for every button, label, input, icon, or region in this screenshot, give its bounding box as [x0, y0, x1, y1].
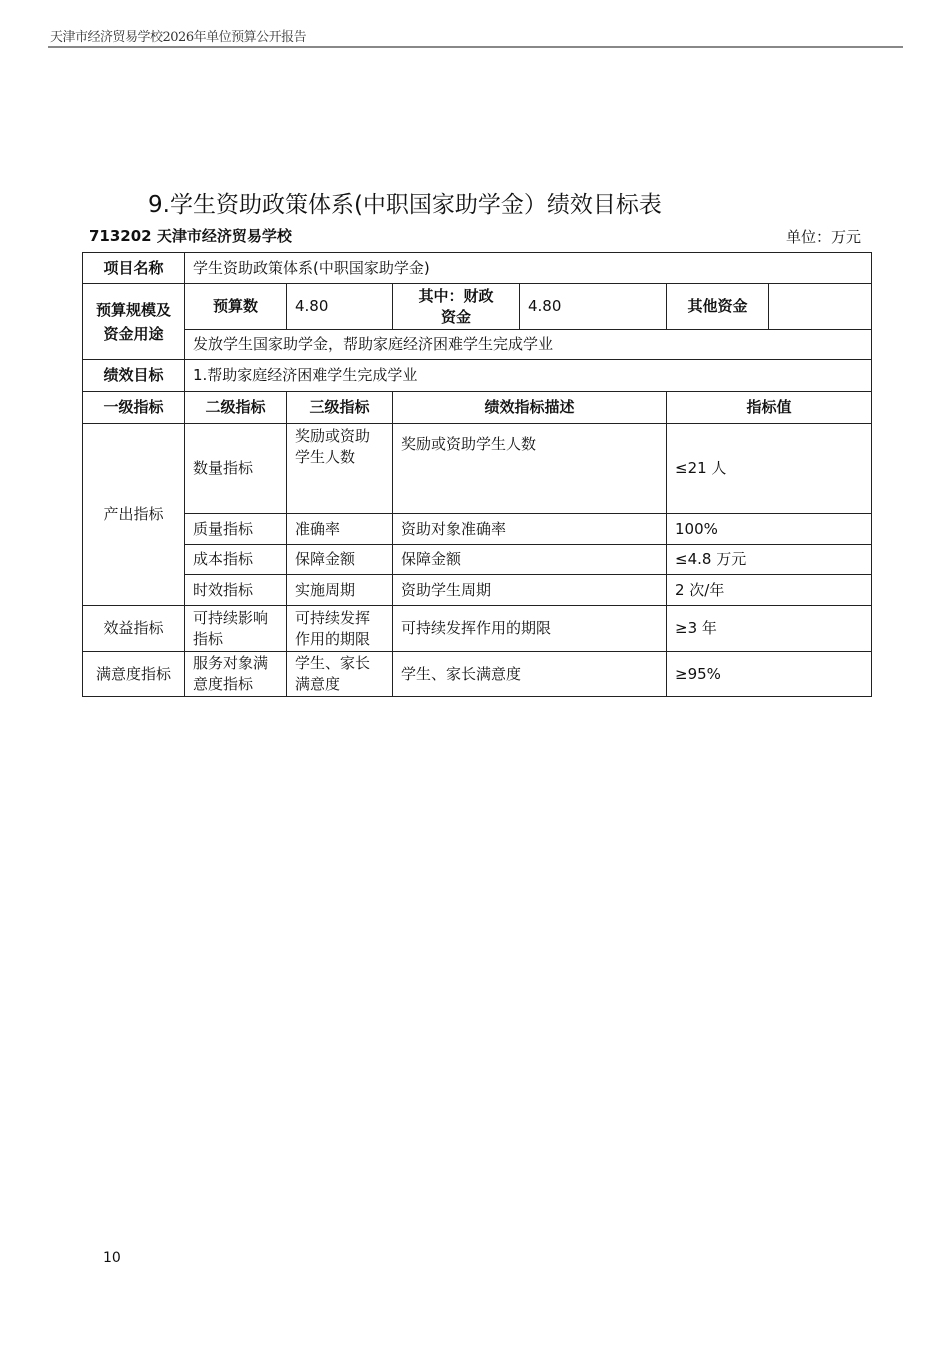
description-cell: 奖励或资助学生人数: [393, 424, 667, 514]
table-row: 成本指标 保障金额 保障金额 ≤4.8 万元: [83, 545, 872, 575]
table-row: 时效指标 实施周期 资助学生周期 2 次/年: [83, 575, 872, 606]
budget-label: 预算规模及资金用途: [83, 284, 185, 360]
row-performance-goal: 绩效目标 1.帮助家庭经济困难学生完成学业: [83, 360, 872, 392]
row-indicator-headers: 一级指标 二级指标 三级指标 绩效指标描述 指标值: [83, 392, 872, 424]
level2-cell: 时效指标: [185, 575, 287, 606]
fiscal-funds-value: 4.80: [520, 284, 667, 330]
running-header: 天津市经济贸易学校2026年单位预算公开报告: [50, 26, 306, 45]
other-funds-label: 其他资金: [667, 284, 769, 330]
fiscal-funds-label: 其中：财政资金: [393, 284, 520, 330]
value-cell: 100%: [667, 514, 872, 545]
performance-goal-label: 绩效目标: [83, 360, 185, 392]
level3-cell: 实施周期: [287, 575, 393, 606]
value-cell: 2 次/年: [667, 575, 872, 606]
level3-cell: 可持续发挥作用的期限: [287, 606, 393, 652]
level1-output: 产出指标: [83, 424, 185, 606]
page-title: 9.学生资助政策体系(中职国家助学金）绩效目标表: [148, 186, 662, 219]
unit-label: 单位：万元: [786, 226, 861, 247]
fund-usage-value: 发放学生国家助学金，帮助家庭经济困难学生完成学业: [185, 330, 872, 360]
level3-cell: 学生、家长满意度: [287, 652, 393, 697]
level3-cell: 保障金额: [287, 545, 393, 575]
header-level1: 一级指标: [83, 392, 185, 424]
description-cell: 保障金额: [393, 545, 667, 575]
level1-satisfaction: 满意度指标: [83, 652, 185, 697]
level2-cell: 成本指标: [185, 545, 287, 575]
budget-amount-value: 4.80: [287, 284, 393, 330]
header-level3: 三级指标: [287, 392, 393, 424]
performance-goal-value: 1.帮助家庭经济困难学生完成学业: [185, 360, 872, 392]
table-row: 质量指标 准确率 资助对象准确率 100%: [83, 514, 872, 545]
level2-cell: 数量指标: [185, 424, 287, 514]
level2-cell: 质量指标: [185, 514, 287, 545]
value-cell: ≤4.8 万元: [667, 545, 872, 575]
performance-target-table: 项目名称 学生资助政策体系(中职国家助学金) 预算规模及资金用途 预算数 4.8…: [82, 252, 872, 697]
project-name-value: 学生资助政策体系(中职国家助学金): [185, 253, 872, 284]
level2-cell: 可持续影响指标: [185, 606, 287, 652]
table-row: 满意度指标 服务对象满意度指标 学生、家长满意度 学生、家长满意度 ≥95%: [83, 652, 872, 697]
header-description: 绩效指标描述: [393, 392, 667, 424]
row-budget: 预算规模及资金用途 预算数 4.80 其中：财政资金 4.80 其他资金: [83, 284, 872, 330]
value-cell: ≥3 年: [667, 606, 872, 652]
description-cell: 资助学生周期: [393, 575, 667, 606]
page-number: 10: [103, 1250, 121, 1266]
value-cell: ≥95%: [667, 652, 872, 697]
unit-code-name: 713202 天津市经济贸易学校: [89, 225, 292, 246]
table-row: 效益指标 可持续影响指标 可持续发挥作用的期限 可持续发挥作用的期限 ≥3 年: [83, 606, 872, 652]
level3-cell: 准确率: [287, 514, 393, 545]
header-value: 指标值: [667, 392, 872, 424]
description-cell: 可持续发挥作用的期限: [393, 606, 667, 652]
project-name-label: 项目名称: [83, 253, 185, 284]
level3-cell: 奖励或资助学生人数: [287, 424, 393, 514]
header-divider: [48, 46, 903, 48]
value-cell: ≤21 人: [667, 424, 872, 514]
other-funds-value: [769, 284, 872, 330]
row-project-name: 项目名称 学生资助政策体系(中职国家助学金): [83, 253, 872, 284]
level2-cell: 服务对象满意度指标: [185, 652, 287, 697]
description-cell: 学生、家长满意度: [393, 652, 667, 697]
header-level2: 二级指标: [185, 392, 287, 424]
table-row: 产出指标 数量指标 奖励或资助学生人数 奖励或资助学生人数 ≤21 人: [83, 424, 872, 514]
description-cell: 资助对象准确率: [393, 514, 667, 545]
level1-benefit: 效益指标: [83, 606, 185, 652]
budget-amount-label: 预算数: [185, 284, 287, 330]
row-fund-usage: 发放学生国家助学金，帮助家庭经济困难学生完成学业: [83, 330, 872, 360]
